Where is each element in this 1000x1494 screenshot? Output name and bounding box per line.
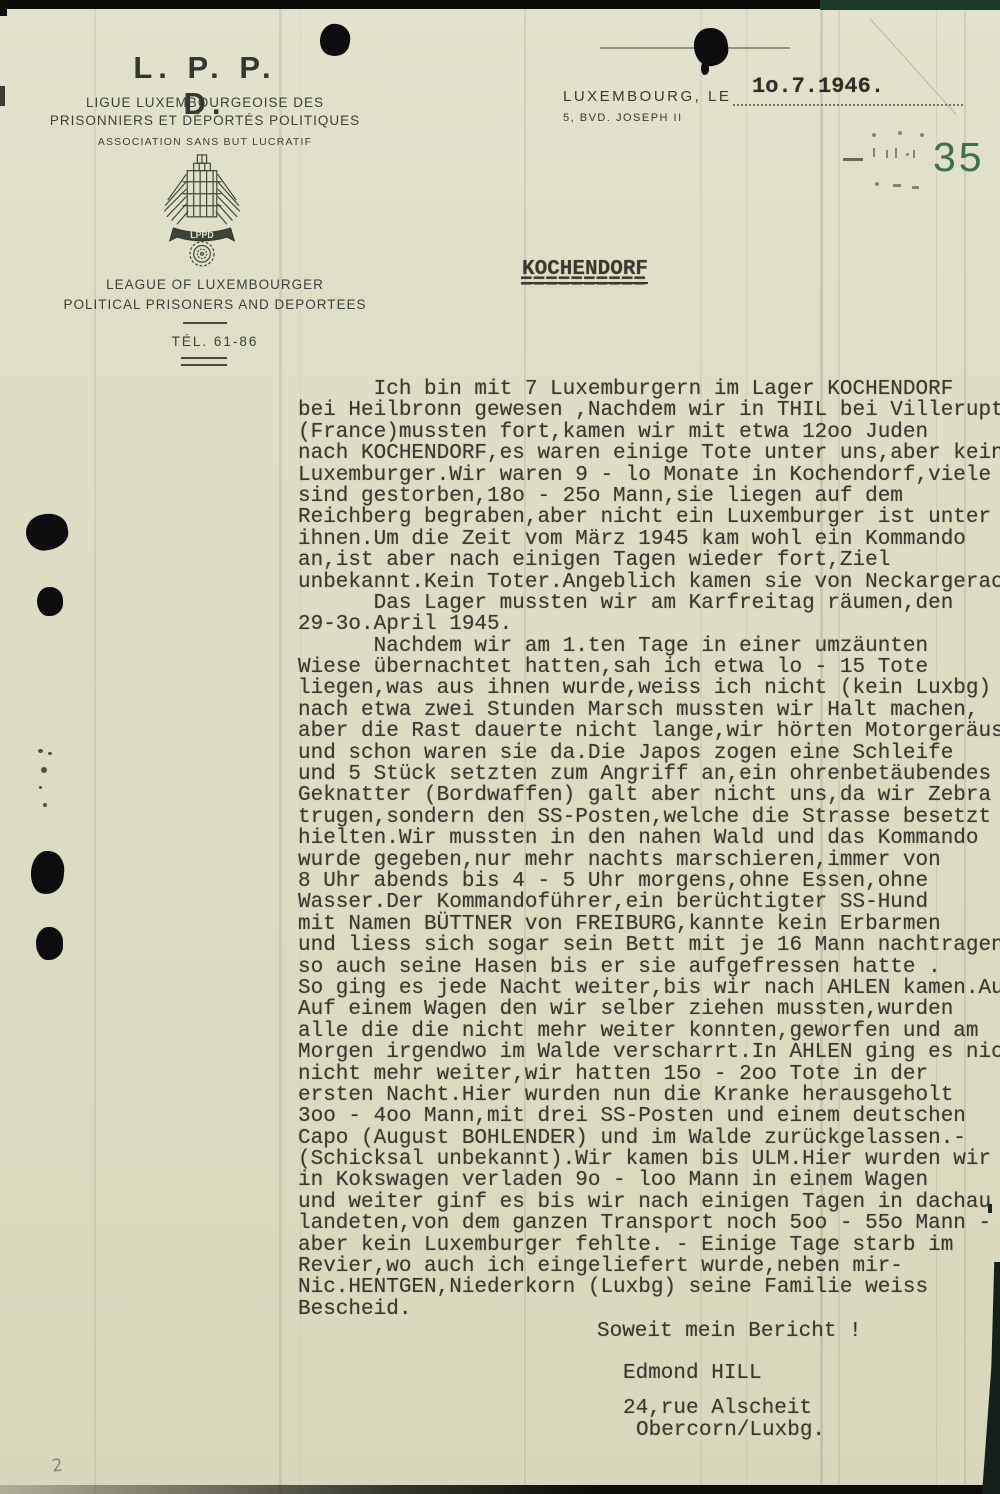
document-page: L. P. P. D. LIGUE LUXEMBOURGEOISE DES PR… — [0, 0, 1000, 1494]
pencil-tick — [886, 150, 888, 158]
body-line: nicht mehr weiter,wir hatten 15o - 2oo T… — [298, 1064, 1000, 1085]
body-line: unbekannt.Kein Toter.Angeblich kamen sie… — [298, 572, 1000, 593]
ink-speck — [48, 752, 52, 755]
body-line: wurde gegeben,nur mehr nachts marschiere… — [298, 850, 1000, 871]
body-line: 8 Uhr abends bis 4 - 5 Uhr morgens,ohne … — [298, 871, 1000, 892]
signature-name: Edmond HILL — [623, 1362, 762, 1385]
pencil-dot — [875, 182, 879, 186]
scan-top-edge-green — [820, 0, 1000, 10]
punch-hole — [23, 511, 71, 554]
body-line: Nic.HENTGEN,Niederkorn (Luxbg) seine Fam… — [298, 1277, 1000, 1298]
scan-bottom-edge — [0, 1485, 1000, 1494]
body-line: Revier,wo auch ich eingeliefert wurde,ne… — [298, 1256, 1000, 1277]
body-line: nach etwa zwei Stunden Marsch mussten wi… — [298, 700, 1000, 721]
divider-line — [183, 322, 227, 324]
scan-edge-nick — [988, 1204, 992, 1213]
org-english-line1: LEAGUE OF LUXEMBOURGER — [55, 277, 375, 292]
punch-hole — [37, 587, 63, 616]
body-line: ihnen.Um die Zeit vom März 1945 kam wohl… — [298, 529, 1000, 550]
body-line: Morgen irgendwo im Walde verscharrt.In A… — [298, 1042, 1000, 1063]
body-line: Auf einem Wagen den wir selber ziehen mu… — [298, 999, 1000, 1020]
body-line: trugen,sondern den SS-Posten,welche die … — [298, 807, 1000, 828]
lppd-emblem-logo: LPPD — [160, 154, 244, 276]
punch-hole-tail — [701, 62, 709, 75]
org-subtitle: ASSOCIATION SANS BUT LUCRATIF — [60, 136, 350, 148]
body-line: Wasser.Der Kommandoführer,ein berüchtigt… — [298, 892, 1000, 913]
pencil-dot — [898, 131, 902, 135]
street-address: 5, BVD. JOSEPH II — [563, 112, 683, 124]
title-underline-equals: ========== — [520, 272, 646, 295]
body-line: und liess sich sogar sein Bett mit je 16… — [298, 935, 1000, 956]
ink-speck — [43, 803, 47, 807]
closing-line: Soweit mein Bericht ! — [597, 1320, 862, 1343]
pencil-page-number: 2 — [51, 1455, 65, 1476]
org-english-line2: POLITICAL PRISONERS AND DEPORTEES — [55, 297, 375, 312]
body-line: so auch seine Hasen bis er sie aufgefres… — [298, 957, 1000, 978]
body-line: mit Namen BÜTTNER von FREIBURG,kannte ke… — [298, 914, 1000, 935]
body-line: liegen,was aus ihnen wurde,weiss ich nic… — [298, 678, 1000, 699]
pencil-dash — [843, 158, 863, 161]
body-line: Ich bin mit 7 Luxemburgern im Lager KOCH… — [298, 379, 1000, 400]
body-line: sind gestorben,18o - 25o Mann,sie liegen… — [298, 486, 1000, 507]
punch-hole — [29, 849, 66, 895]
phone-underline — [181, 357, 227, 366]
stamp-page-number: 35 — [933, 134, 985, 181]
report-body: Ich bin mit 7 Luxemburgern im Lager KOCH… — [298, 379, 1000, 1320]
body-line: aber die Rast dauerte nicht lange,wir hö… — [298, 721, 1000, 742]
body-line: 3oo - 4oo Mann,mit drei SS-Posten und ei… — [298, 1106, 1000, 1127]
body-line: Reichberg begraben,aber nicht ein Luxemb… — [298, 507, 1000, 528]
logo-ribbon-text: LPPD — [190, 230, 213, 240]
body-line: Nachdem wir am 1.ten Tage in einer umzäu… — [298, 636, 1000, 657]
signature-address-line2: Obercorn/Luxbg. — [636, 1419, 825, 1442]
body-line: Luxemburger.Wir waren 9 - lo Monate in K… — [298, 465, 1000, 486]
body-line: und weiter ginf es bis wir nach einigen … — [298, 1192, 1000, 1213]
body-line: Wiese übernachtet hatten,sah ich etwa lo… — [298, 657, 1000, 678]
body-line: aber kein Luxemburger fehlte. - Einige T… — [298, 1235, 1000, 1256]
body-line: bei Heilbronn gewesen ,Nachdem wir in TH… — [298, 400, 1000, 421]
pencil-dash — [912, 186, 919, 189]
body-line: landeten,von dem ganzen Transport noch 5… — [298, 1213, 1000, 1234]
body-line: hielten.Wir mussten in den nahen Wald un… — [298, 828, 1000, 849]
phone-number: TÉL. 61-86 — [55, 334, 375, 349]
pencil-dot — [920, 133, 924, 137]
paper-streak — [94, 0, 96, 1494]
pencil-dot — [872, 133, 876, 137]
ink-speck — [41, 767, 47, 773]
body-line: ersten Nacht.Hier wurden nun die Kranke … — [298, 1085, 1000, 1106]
org-name-line1: LIGUE LUXEMBOURGEOISE DES — [60, 95, 350, 110]
body-line: (France)mussten fort,kamen wir mit etwa … — [298, 422, 1000, 443]
pencil-dash — [893, 184, 901, 187]
body-line: So ging es jede Nacht weiter,bis wir nac… — [298, 978, 1000, 999]
org-name-line2: PRISONNIERS ET DÉPORTÉS POLITIQUES — [35, 113, 375, 128]
punch-hole — [692, 26, 731, 68]
date-underline — [733, 94, 963, 106]
pencil-dot — [906, 153, 909, 156]
body-line: (Schicksal unbekannt).Wir kamen bis ULM.… — [298, 1149, 1000, 1170]
body-line: Bescheid. — [298, 1299, 1000, 1320]
ink-speck — [38, 749, 43, 753]
scan-left-edge-mark — [0, 86, 5, 106]
place-label: LUXEMBOURG, LE — [563, 88, 731, 105]
body-line: an,ist aber nach einigen Tagen wieder fo… — [298, 550, 1000, 571]
body-line: alle die die nicht mehr weiter konnten,g… — [298, 1021, 1000, 1042]
signature-address-line1: 24,rue Alscheit — [623, 1397, 812, 1420]
body-line: nach KOCHENDORF,es waren einige Tote unt… — [298, 443, 1000, 464]
punch-hole — [317, 21, 353, 59]
body-line: und 5 Stück setzten zum Angriff an,ein o… — [298, 764, 1000, 785]
body-line: in Kokswagen verladen 9o - loo Mann in e… — [298, 1170, 1000, 1191]
punch-hole — [36, 927, 63, 960]
ink-speck — [39, 786, 42, 789]
pencil-tick — [895, 148, 897, 158]
body-line: Das Lager mussten wir am Karfreitag räum… — [298, 593, 1000, 614]
pencil-tick — [873, 148, 875, 157]
body-line: 29-3o.April 1945. — [298, 614, 1000, 635]
paper-streak — [279, 0, 282, 1494]
scan-left-edge-mark — [0, 0, 7, 16]
body-line: und schon waren sie da.Die Japos zogen e… — [298, 743, 1000, 764]
pencil-tick — [913, 150, 915, 158]
body-line: Geknatter (Bordwaffen) galt aber nicht u… — [298, 785, 1000, 806]
org-initials: L. P. P. D. — [105, 50, 305, 122]
body-line: Capo (August BOHLENDER) und im Walde zur… — [298, 1128, 1000, 1149]
